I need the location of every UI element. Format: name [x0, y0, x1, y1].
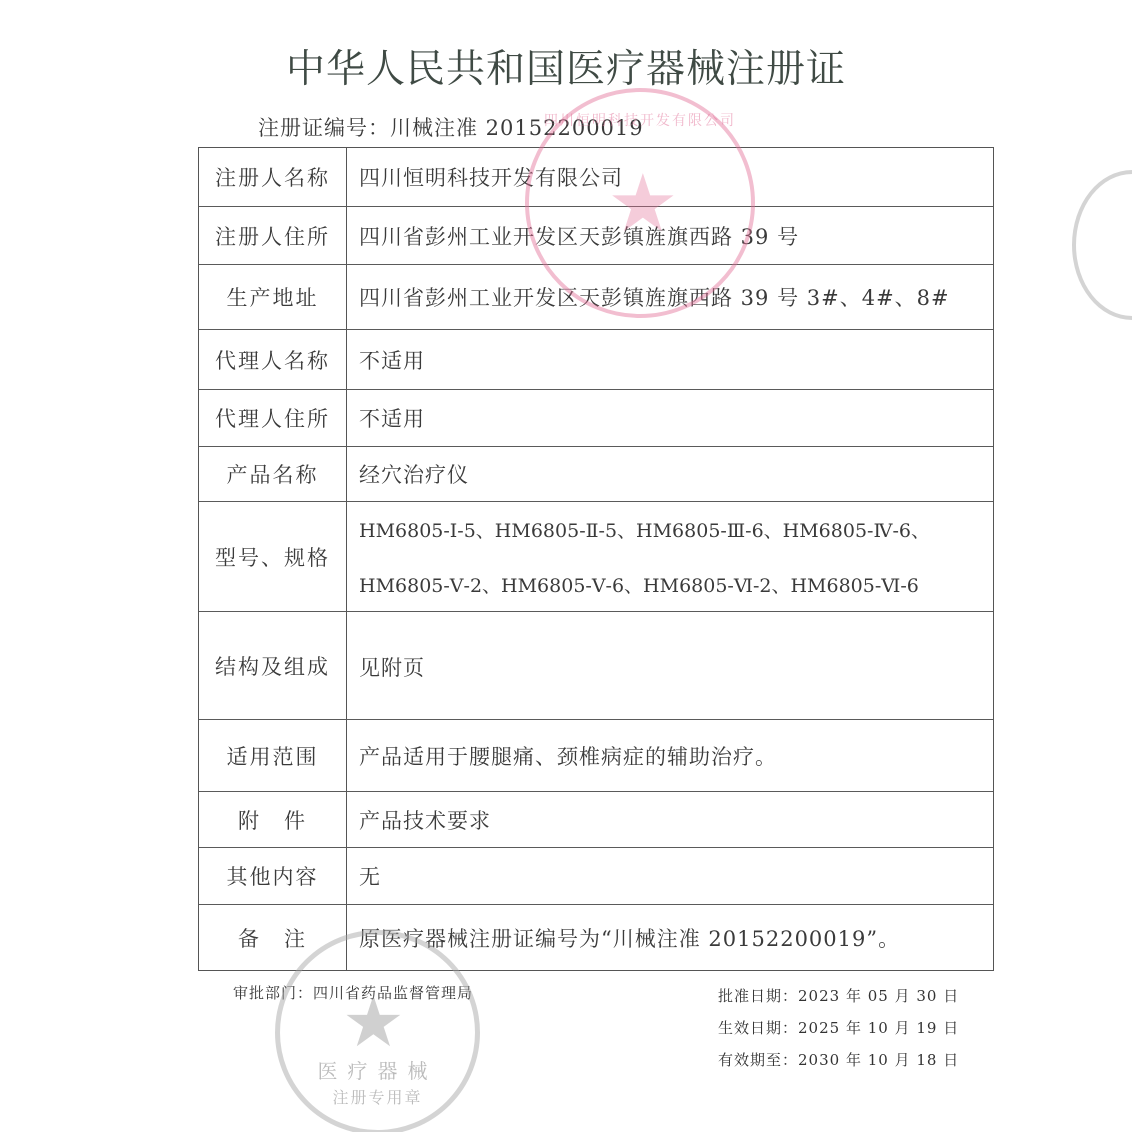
row-value: 经穴治疗仪 — [347, 447, 993, 501]
table-row-production-address: 生产地址 四川省彭州工业开发区天彭镇旌旗西路 39 号 3#、4#、8# — [199, 264, 993, 329]
certificate-title: 中华人民共和国医疗器械注册证 — [0, 38, 1132, 94]
table-row-agent-address: 代理人住所 不适用 — [199, 389, 993, 446]
table-row-scope: 适用范围 产品适用于腰腿痛、颈椎病症的辅助治疗。 — [199, 719, 993, 791]
row-value: 原医疗器械注册证编号为“川械注准 20152200019”。 — [347, 905, 993, 970]
row-label: 代理人住所 — [199, 390, 347, 446]
date-block: 批准日期：2023 年 05 月 30 日 生效日期：2025 年 10 月 1… — [718, 980, 959, 1076]
row-label: 备 注 — [199, 905, 347, 970]
row-label: 生产地址 — [199, 265, 347, 329]
table-row-product-name: 产品名称 经穴治疗仪 — [199, 446, 993, 501]
row-label: 型号、规格 — [199, 502, 347, 611]
row-value: 产品技术要求 — [347, 792, 993, 847]
row-value: 不适用 — [347, 330, 993, 389]
row-value: 四川恒明科技开发有限公司 — [347, 148, 993, 206]
row-value: 产品适用于腰腿痛、颈椎病症的辅助治疗。 — [347, 720, 993, 791]
row-value: 不适用 — [347, 390, 993, 446]
table-row-registrant-address: 注册人住所 四川省彭州工业开发区天彭镇旌旗西路 39 号 — [199, 206, 993, 264]
row-value: HM6805-Ⅰ-5、HM6805-Ⅱ-5、HM6805-Ⅲ-6、HM6805-… — [347, 502, 993, 611]
registration-number-value: 川械注准 20152200019 — [390, 116, 644, 140]
table-row-model-spec: 型号、规格 HM6805-Ⅰ-5、HM6805-Ⅱ-5、HM6805-Ⅲ-6、H… — [199, 501, 993, 611]
row-value: 见附页 — [347, 612, 993, 719]
row-label: 附 件 — [199, 792, 347, 847]
table-row-attachment: 附 件 产品技术要求 — [199, 791, 993, 847]
table-row-remarks: 备 注 原医疗器械注册证编号为“川械注准 20152200019”。 — [199, 904, 993, 970]
model-spec-line: HM6805-Ⅴ-2、HM6805-Ⅴ-6、HM6805-Ⅵ-2、HM6805-… — [359, 571, 919, 598]
table-row-registrant-name: 注册人名称 四川恒明科技开发有限公司 — [199, 148, 993, 206]
effective-date: 生效日期：2025 年 10 月 19 日 — [718, 1012, 959, 1044]
row-label: 其他内容 — [199, 848, 347, 904]
registration-number: 注册证编号：川械注准 20152200019 — [258, 112, 644, 142]
row-label: 代理人名称 — [199, 330, 347, 389]
registration-number-label: 注册证编号： — [258, 116, 390, 140]
row-label: 结构及组成 — [199, 612, 347, 719]
approval-department: 审批部门：四川省药品监督管理局 — [233, 982, 473, 1003]
row-value: 四川省彭州工业开发区天彭镇旌旗西路 39 号 3#、4#、8# — [347, 265, 993, 329]
official-seal-line1: 医疗器械 — [280, 1055, 475, 1084]
table-row-other: 其他内容 无 — [199, 847, 993, 904]
approval-date: 批准日期：2023 年 05 月 30 日 — [718, 980, 959, 1012]
certificate-table: 注册人名称 四川恒明科技开发有限公司 注册人住所 四川省彭州工业开发区天彭镇旌旗… — [198, 147, 994, 971]
row-label: 注册人住所 — [199, 207, 347, 264]
row-label: 适用范围 — [199, 720, 347, 791]
official-seal-line2: 注册专用章 — [280, 1085, 475, 1108]
model-spec-line: HM6805-Ⅰ-5、HM6805-Ⅱ-5、HM6805-Ⅲ-6、HM6805-… — [359, 516, 930, 543]
row-label: 注册人名称 — [199, 148, 347, 206]
row-value: 无 — [347, 848, 993, 904]
row-value: 四川省彭州工业开发区天彭镇旌旗西路 39 号 — [347, 207, 993, 264]
table-row-agent-name: 代理人名称 不适用 — [199, 329, 993, 389]
partial-seal-edge — [1072, 170, 1132, 320]
expiry-date: 有效期至：2030 年 10 月 18 日 — [718, 1044, 959, 1076]
row-label: 产品名称 — [199, 447, 347, 501]
table-row-structure: 结构及组成 见附页 — [199, 611, 993, 719]
